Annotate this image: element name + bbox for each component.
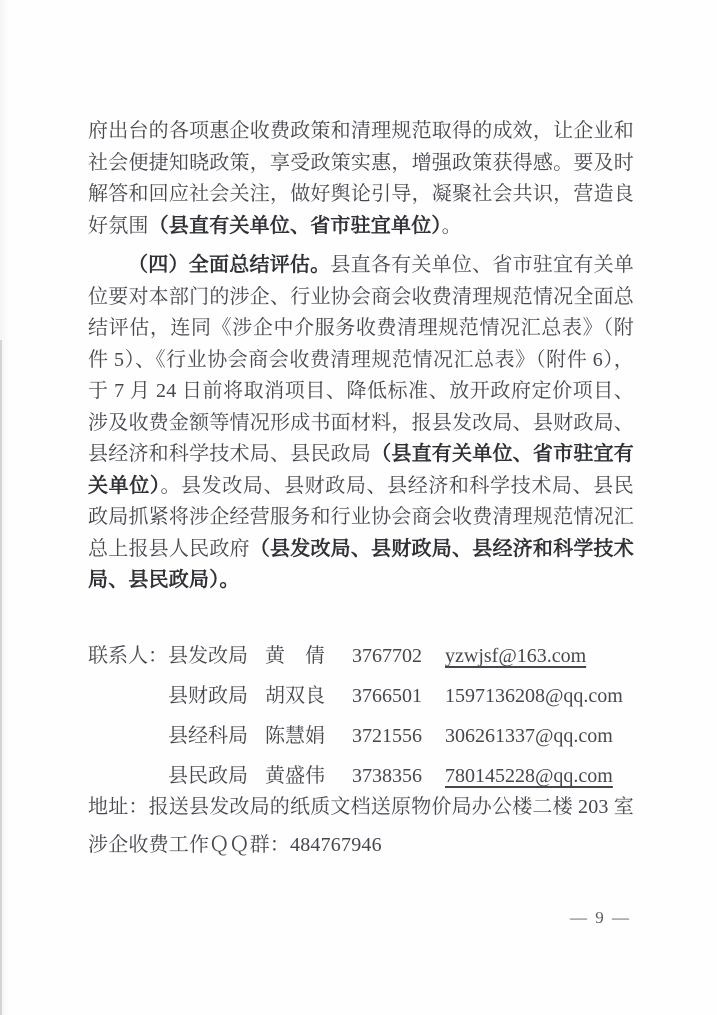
scanned-document-page: 府出台的各项惠企收费政策和清理规范取得的成效，让企业和社会便捷知晓政策，享受政策… bbox=[0, 0, 717, 1015]
contact-name: 黄 倩 bbox=[265, 636, 352, 676]
paragraph-1: 府出台的各项惠企收费政策和清理规范取得的成效，让企业和社会便捷知晓政策，享受政策… bbox=[88, 116, 634, 242]
contact-table: 联系人： 县发改局 黄 倩 3767702 yzwjsf@163.com 县财政… bbox=[88, 636, 634, 796]
contact-email: 306261337@qq.com bbox=[445, 716, 634, 756]
contact-dept: 县经科局 bbox=[168, 716, 265, 756]
contact-dept: 县财政局 bbox=[168, 676, 265, 716]
address-line: 地址：报送县发改局的纸质文档送原物价局办公楼二楼 203 室 bbox=[88, 788, 648, 826]
qq-group-line: 涉企收费工作ＱＱ群：484767946 bbox=[88, 826, 648, 864]
paragraph-1-period: 。 bbox=[442, 215, 462, 237]
address-block: 地址：报送县发改局的纸质文档送原物价局办公楼二楼 203 室 涉企收费工作ＱＱ群… bbox=[88, 788, 648, 864]
paragraph-1-bold-unit-list: （县直有关单位、省市驻宜单位） bbox=[149, 215, 442, 237]
page-number: — 9 — bbox=[570, 908, 631, 928]
section-heading: （四）全面总结评估。 bbox=[128, 254, 330, 276]
contact-phone: 3766501 bbox=[352, 676, 445, 716]
contact-email: 1597136208@qq.com bbox=[445, 676, 634, 716]
contact-name: 胡双良 bbox=[265, 676, 352, 716]
contact-label: 联系人： bbox=[88, 636, 168, 676]
contact-dept: 县发改局 bbox=[168, 636, 265, 676]
contact-phone: 3767702 bbox=[352, 636, 445, 676]
contact-email: yzwjsf@163.com bbox=[445, 636, 634, 676]
contact-name: 陈慧娟 bbox=[265, 716, 352, 756]
contact-phone: 3721556 bbox=[352, 716, 445, 756]
contact-label-empty bbox=[88, 716, 168, 756]
paragraph-2-text-a: 县直各有关单位、省市驻宜有关单位要对本部门的涉企、行业协会商会收费清理规范情况全… bbox=[88, 254, 634, 465]
paragraph-2: （四）全面总结评估。县直各有关单位、省市驻宜有关单位要对本部门的涉企、行业协会商… bbox=[88, 250, 634, 597]
contact-label-empty bbox=[88, 676, 168, 716]
